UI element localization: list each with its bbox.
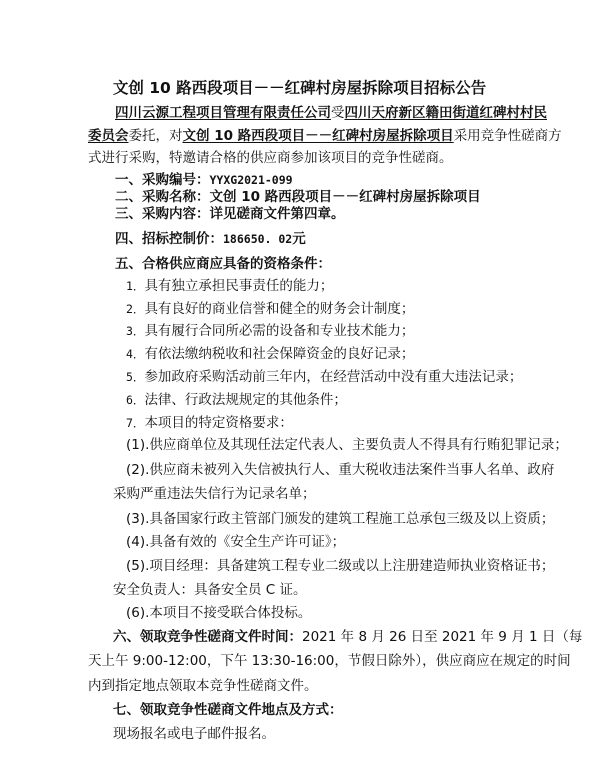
document-title: 文创 10 路西段项目－－红碑村房屋拆除项目招标公告 [0, 78, 599, 98]
qualification-item: 6．法律、行政法规规定的其他条件； [126, 391, 347, 409]
qualification-item: 4．有依法缴纳税收和社会保障资金的良好记录； [126, 345, 414, 363]
procurement-number: YYXG2021-099 [210, 173, 293, 187]
qualification-number: 4． [126, 347, 144, 361]
section-3-label: 三、采购内容： [115, 206, 210, 222]
qualification-item: 7．本项目的特定资格要求： [126, 414, 293, 432]
qualification-number: 1． [126, 279, 144, 293]
specific-requirement-3: (3).具备国家行政主管部门颁发的建筑工程施工总承包三级及以上资质； [126, 510, 554, 528]
section-7-label: 七、领取竞争性磋商文件地点及方式： [113, 701, 343, 719]
client-name-part2: 委员会 [88, 128, 129, 144]
section-5-label: 五、合格供应商应具备的资格条件： [115, 255, 331, 273]
currency-unit: 元 [292, 231, 306, 247]
entrusted-suffix: 委托，对 [129, 128, 183, 144]
intro-line-2: 委员会委托，对文创 10 路西段项目－－红碑村房屋拆除项目采用竞争性磋商方 [88, 127, 562, 145]
specific-requirement-2-line1: (2).供应商未被列入失信被执行人、重大税收违法案件当事人名单、政府 [126, 461, 554, 479]
qualification-number: 7． [126, 416, 144, 430]
specific-requirement-2-line2: 采购严重违法失信行为记录名单； [113, 485, 316, 503]
qualification-number: 2． [126, 302, 144, 316]
qualification-item: 1．具有独立承担民事责任的能力； [126, 277, 333, 295]
qualification-text: 有依法缴纳税收和社会保障资金的良好记录； [144, 346, 414, 362]
qualification-item: 2．具有良好的商业信誉和健全的财务会计制度； [126, 300, 414, 318]
intro-line-3: 式进行采购，特邀请合格的供应商参加该项目的竞争性磋商。 [88, 149, 453, 167]
qualification-text: 参加政府采购活动前三年内，在经营活动中没有重大违法记录； [144, 369, 522, 385]
section-2: 二、采购名称：文创 10 路西段项目－－红碑村房屋拆除项目 [115, 188, 481, 206]
specific-requirement-5-line1: (5).项目经理：具备建筑工程专业二级或以上注册建造师执业资格证书； [126, 557, 554, 575]
qualification-number: 6． [126, 393, 144, 407]
section-7-text: 现场报名或电子邮件报名。 [113, 725, 275, 743]
section-6-line2: 天上午 9:00-12:00，下午 13:30-16:00，节假日除外），供应商… [88, 652, 571, 670]
qualification-text: 法律、行政法规规定的其他条件； [144, 392, 347, 408]
section-1: 一、采购编号：YYXG2021-099 [115, 171, 293, 189]
qualification-text: 具有独立承担民事责任的能力； [144, 278, 333, 294]
section-4: 四、招标控制价：186650. 02元 [115, 230, 306, 248]
entrusted-by-prefix: 受 [331, 105, 345, 121]
qualification-text: 具有履行合同所必需的设备和专业技术能力； [144, 323, 414, 339]
section-2-label: 二、采购名称： [115, 189, 210, 205]
section-1-label: 一、采购编号： [115, 172, 210, 188]
section-4-label: 四、招标控制价： [115, 231, 223, 247]
collection-period: 2021 年 8 月 26 日至 2021 年 9 月 1 日（每 [302, 629, 582, 645]
procurement-content: 详见磋商文件第四章。 [210, 206, 345, 222]
control-price: 186650. 02 [223, 232, 292, 246]
intro-line-1: 四川云源工程项目管理有限责任公司受四川天府新区籍田街道红碑村村民 [115, 104, 547, 122]
specific-requirement-6: (6).本项目不接受联合体投标。 [126, 604, 311, 622]
section-6-line1: 六、领取竞争性磋商文件时间：2021 年 8 月 26 日至 2021 年 9 … [113, 628, 582, 646]
section-3: 三、采购内容：详见磋商文件第四章。 [115, 205, 345, 223]
agency-name: 四川云源工程项目管理有限责任公司 [115, 105, 331, 121]
qualification-number: 5． [126, 370, 144, 384]
qualification-item: 5．参加政府采购活动前三年内，在经营活动中没有重大违法记录； [126, 368, 522, 386]
section-6-line3: 内到指定地点领取本竞争性磋商文件。 [88, 677, 318, 695]
qualification-item: 3．具有履行合同所必需的设备和专业技术能力； [126, 322, 414, 340]
specific-requirement-5-line2: 安全负责人：具备安全员 C 证。 [113, 581, 307, 599]
qualification-text: 具有良好的商业信誉和健全的财务会计制度； [144, 301, 414, 317]
project-name: 文创 10 路西段项目－－红碑村房屋拆除项目 [183, 128, 454, 144]
procurement-name: 文创 10 路西段项目－－红碑村房屋拆除项目 [210, 189, 481, 205]
method-suffix: 采用竞争性磋商方 [454, 128, 562, 144]
section-6-label: 六、领取竞争性磋商文件时间： [113, 629, 302, 645]
specific-requirement-1: (1).供应商单位及其现任法定代表人、主要负责人不得具有行贿犯罪记录； [126, 436, 568, 454]
specific-requirement-4: (4).具备有效的《安全生产许可证》； [126, 533, 345, 551]
qualification-text: 本项目的特定资格要求： [144, 415, 293, 431]
client-name-part1: 四川天府新区籍田街道红碑村村民 [345, 105, 548, 121]
qualification-number: 3． [126, 324, 144, 338]
